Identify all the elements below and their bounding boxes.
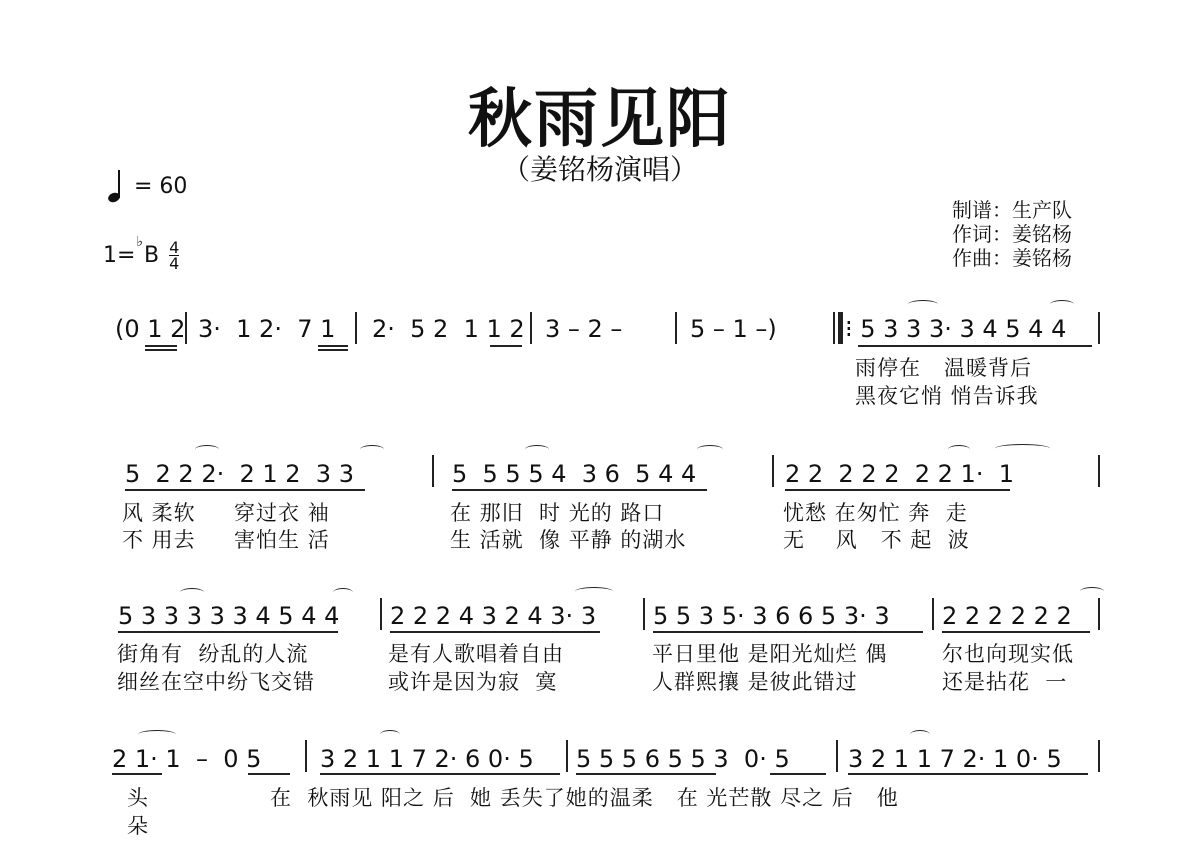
underline <box>452 489 707 491</box>
underline <box>318 349 348 351</box>
lyrics-verse2: 无 风 不 起 波 <box>783 524 970 554</box>
lyrics-verse1: 街角有 纷乱的人流 <box>117 638 308 668</box>
tie <box>995 444 1050 453</box>
measure-1: (0 1 2 <box>115 315 185 343</box>
tie <box>380 730 400 739</box>
repeat-barline-thin <box>833 312 835 344</box>
underline <box>318 345 348 347</box>
lyrics-verse2: 朵 <box>127 810 149 840</box>
tie <box>1080 587 1104 596</box>
measure-2: 3· 1 2· 7 1 <box>198 315 335 343</box>
tie <box>948 445 970 454</box>
underline <box>390 631 600 633</box>
tie <box>333 588 353 597</box>
barline <box>1098 598 1100 630</box>
measure: 2 2 2 2 2 2 <box>942 602 1072 630</box>
flat-icon: ♭ <box>136 234 143 250</box>
measure: 2 2 2 4 3 2 4 3· 3 <box>390 602 596 630</box>
underline <box>858 345 1092 347</box>
tie <box>575 587 613 596</box>
barline <box>836 740 838 772</box>
credit-lyricist: 作词：姜铭杨 <box>952 222 1072 246</box>
tie <box>525 445 549 454</box>
lyrics-verse2: 黑夜它悄 悄告诉我 <box>855 380 1039 410</box>
measure: 5 2 2 2· 2 1 2 3 3 <box>125 460 354 488</box>
underline <box>320 773 560 775</box>
tempo-value: = 60 <box>134 174 187 199</box>
underline <box>248 773 290 775</box>
measure-6: ⁝ 5 3 3 3· 3 4 5 4 4 <box>845 315 1066 343</box>
underline <box>942 631 1090 633</box>
measure: 3 2 1 1 7 2· 6 0· 5 <box>320 745 534 773</box>
measure-4: 3 – 2 – <box>545 315 622 343</box>
underline <box>118 631 338 633</box>
barline <box>566 740 568 772</box>
barline <box>1098 312 1100 344</box>
tie <box>360 445 384 454</box>
tie <box>180 588 204 597</box>
key-prefix: 1= <box>103 243 135 268</box>
measure-5: 5 – 1 –) <box>690 315 777 343</box>
quarter-note-icon <box>108 170 122 202</box>
barline <box>432 455 434 487</box>
measure: 2 2 2 2 2 2 2 1· 1 <box>785 460 1014 488</box>
measure: 5 5 5 6 5 5 3 0· 5 <box>576 745 790 773</box>
credit-transcriber: 制谱：生产队 <box>952 198 1072 222</box>
lyrics-verse1: 是有人歌唱着自由 <box>388 638 564 668</box>
underline <box>785 489 1010 491</box>
lyrics-verse2: 细丝在空中纷飞交错 <box>117 666 315 696</box>
credit-composer: 作曲：姜铭杨 <box>952 246 1072 270</box>
measure: 5 3 3 3 3 3 4 5 4 4 <box>118 602 339 630</box>
underline <box>770 773 826 775</box>
lyrics-verse1: 忧愁 在匆忙 奔 走 <box>783 497 968 527</box>
measure: 3 2 1 1 7 2· 1 0· 5 <box>848 745 1062 773</box>
measure-3: 2· 5 2 1 1 2 <box>372 315 525 343</box>
tie <box>697 445 723 454</box>
underline <box>653 631 923 633</box>
tie <box>910 730 930 739</box>
measure: 5 5 3 5· 3 6 6 5 3· 3 <box>653 602 890 630</box>
tie <box>908 300 938 309</box>
underline <box>112 773 162 775</box>
barline <box>1098 455 1100 487</box>
lyrics-verse1: 头 <box>127 782 149 812</box>
lyrics-verse1: 在 秋雨见 阳之 后 她 丢失了她的温柔 在 光芒散 尽之 后 他 <box>270 782 899 812</box>
barline <box>530 312 532 344</box>
time-signature: 4 4 <box>169 240 179 271</box>
lyrics-verse2: 还是拈花 一 <box>942 666 1067 696</box>
barline <box>1098 740 1100 772</box>
lyrics-verse1: 平日里他 是阳光灿烂 偶 <box>652 638 887 668</box>
barline <box>305 740 307 772</box>
measure: 5 5 5 5 4 3 6 5 4 4 <box>452 460 696 488</box>
lyrics-verse1: 尔也向现实低 <box>942 638 1074 668</box>
song-title: 秋雨见阳 <box>0 68 1200 160</box>
lyrics-verse2: 生 活就 像 平静 的湖水 <box>450 524 686 554</box>
barline <box>185 312 187 344</box>
underline <box>848 773 1088 775</box>
barline <box>932 598 934 630</box>
tie <box>138 730 176 739</box>
barline <box>675 312 677 344</box>
underline <box>145 345 177 347</box>
lyrics-verse1: 在 那旧 时 光的 路口 <box>450 497 664 527</box>
underline <box>145 349 177 351</box>
credits: 制谱：生产队 作词：姜铭杨 作曲：姜铭杨 <box>952 198 1072 270</box>
barline <box>355 312 357 344</box>
lyrics-verse2: 人群熙攘 是彼此错过 <box>652 666 858 696</box>
underline <box>490 345 522 347</box>
repeat-barline-thick <box>838 312 843 344</box>
underline <box>576 773 716 775</box>
lyrics-verse1: 雨停在 温暖背后 <box>855 352 1032 382</box>
barline <box>380 598 382 630</box>
underline <box>125 489 365 491</box>
tie <box>195 445 219 454</box>
lyrics-verse2: 或许是因为寂 寞 <box>388 666 557 696</box>
tempo-marking: = 60 <box>108 170 187 202</box>
barline <box>772 455 774 487</box>
lyrics-verse2: 不 用去 害怕生 活 <box>122 524 330 554</box>
lyrics-verse1: 风 柔软 穿过衣 袖 <box>122 497 330 527</box>
time-bottom: 4 <box>169 256 179 271</box>
key-signature: 1= ♭ B 4 4 <box>103 240 179 271</box>
tie <box>1050 300 1074 309</box>
measure: 2 1· 1 – 0 5 <box>112 745 261 773</box>
barline <box>643 598 645 630</box>
key-note: B <box>144 243 159 268</box>
